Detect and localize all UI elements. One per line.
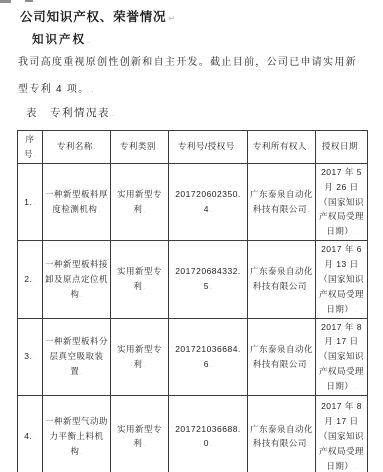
- cell-end-mark-icon: .: [143, 441, 145, 448]
- table-cell-owner: 广东泰泉自动化科技有限公司.: [248, 241, 316, 318]
- cell-end-mark-icon: .: [143, 207, 145, 214]
- table-cell-date: 2017 年 8 月 17 日（国家知识产权局受理日期）.: [316, 318, 368, 395]
- table-cell-no: 4..: [18, 395, 43, 472]
- table-cell-date: 2017 年 6 月 13 日（国家知识产权局受理日期）.: [316, 241, 368, 318]
- table-cell-type: 实用新型专利.: [111, 318, 169, 395]
- patent-table: 序号.专利名称.专利类别.专利号/授权号.专利所有权人.授权日期. 1..一种新…: [17, 130, 368, 472]
- table-header-row: 序号.专利名称.专利类别.专利号/授权号.专利所有权人.授权日期.: [18, 131, 368, 164]
- table-header-cell: 序号.: [18, 131, 43, 164]
- table-cell-name: 一种新型板料厚度检测机构.: [43, 163, 111, 240]
- table-cell-name: 一种新型板料分层真空吸取装置.: [43, 318, 111, 395]
- table-header-cell: 专利名称.: [43, 131, 111, 164]
- table-cell-type: 实用新型专利.: [111, 163, 169, 240]
- cell-end-mark-icon: .: [157, 144, 159, 151]
- cell-end-mark-icon: .: [33, 200, 35, 207]
- cell-end-mark-icon: .: [308, 207, 310, 214]
- table-header-cell: 专利类别.: [111, 131, 169, 164]
- table-cell-name: 一种新型板料接卸及原点定位机构.: [43, 241, 111, 318]
- cell-end-mark-icon: .: [354, 307, 356, 314]
- table-cell-date: 2017 年 5 月 26 日（国家知识产权局受理日期）.: [316, 163, 368, 240]
- table-cell-type: 实用新型专利.: [111, 241, 169, 318]
- table-cell-type: 实用新型专利.: [111, 395, 169, 472]
- table-cell-name: 一种新型气动助力平衡上料机构.: [43, 395, 111, 472]
- cell-end-mark-icon: .: [308, 284, 310, 291]
- scan-artifact: [0, 0, 11, 3]
- table-cell-owner: 广东泰泉自动化科技有限公司.: [248, 163, 316, 240]
- cell-end-mark-icon: .: [359, 144, 361, 151]
- table-header-cell: 专利所有权人.: [248, 131, 316, 164]
- cell-end-mark-icon: .: [308, 362, 310, 369]
- table-row: 1..一种新型板料厚度检测机构.实用新型专利.201720602350.4.广东…: [18, 163, 368, 240]
- table-caption: 表 专利情况表.: [26, 105, 114, 120]
- cell-end-mark-icon: .: [33, 277, 35, 284]
- table-cell-owner: 广东泰泉自动化科技有限公司.: [248, 318, 316, 395]
- cell-end-mark-icon: .: [354, 464, 356, 471]
- table-header-cell: 授权日期.: [316, 131, 368, 164]
- cell-end-mark-icon: .: [94, 144, 96, 151]
- table-row: 2..一种新型板料接卸及原点定位机构.实用新型专利.201720684332.5…: [18, 241, 368, 318]
- table-row: 4..一种新型气动助力平衡上料机构.实用新型专利.201721036688.0.…: [18, 395, 368, 472]
- cell-end-mark-icon: .: [143, 284, 145, 291]
- body-paragraph-line-1: 我司高度重视原创性创新和自主开发。截止目前，公司已申请实用新: [18, 53, 357, 68]
- cell-end-mark-icon: .: [308, 144, 310, 151]
- table-cell-no: 2..: [18, 241, 43, 318]
- section-heading-intellectual-property: 知识产权.: [32, 31, 90, 47]
- table-cell-date: 2017 年 8 月 17 日（国家知识产权局受理日期）.: [316, 395, 368, 472]
- cell-end-mark-icon: .: [354, 229, 356, 236]
- cell-end-mark-icon: .: [210, 441, 212, 448]
- table-cell-number: 201721036684.6.: [169, 318, 248, 395]
- table-cell-no: 1..: [18, 163, 43, 240]
- patent-table-body: 1..一种新型板料厚度检测机构.实用新型专利.201720602350.4.广东…: [18, 163, 368, 472]
- table-cell-number: 201721036688.0.: [169, 395, 248, 472]
- cell-end-mark-icon: .: [143, 362, 145, 369]
- table-cell-number: 201720602350.4.: [169, 163, 248, 240]
- cell-end-mark-icon: .: [236, 144, 238, 151]
- table-cell-owner: 广东泰泉自动化科技有限公司.: [248, 395, 316, 472]
- cell-end-mark-icon: .: [98, 207, 100, 214]
- body-paragraph-line-2: 型专利 4 项。.: [18, 80, 94, 95]
- cell-end-mark-icon: .: [354, 384, 356, 391]
- cell-end-mark-icon: .: [33, 434, 35, 441]
- cell-end-mark-icon: .: [210, 207, 212, 214]
- cell-end-mark-icon: .: [308, 441, 310, 448]
- cell-end-mark-icon: .: [80, 449, 82, 456]
- cell-end-mark-icon: .: [80, 292, 82, 299]
- cell-end-mark-icon: .: [33, 354, 35, 361]
- page-title: 公司知识产权、荣誉情况↵: [20, 7, 175, 25]
- cell-end-mark-icon: .: [210, 362, 212, 369]
- paragraph-mark-icon: .: [112, 109, 114, 118]
- scan-artifact: [25, 0, 33, 2]
- cell-end-mark-icon: .: [34, 152, 36, 159]
- table-header-cell: 专利号/授权号.: [169, 131, 248, 164]
- table-row: 3..一种新型板料分层真空吸取装置.实用新型专利.201721036684.6.…: [18, 318, 368, 395]
- paragraph-mark-icon: .: [88, 36, 90, 45]
- cell-end-mark-icon: .: [80, 369, 82, 376]
- patent-table-header: 序号.专利名称.专利类别.专利号/授权号.专利所有权人.授权日期.: [18, 131, 368, 164]
- table-cell-no: 3..: [18, 318, 43, 395]
- paragraph-mark-icon: ↵: [168, 14, 175, 23]
- paragraph-mark-icon: .: [92, 85, 94, 94]
- table-cell-number: 201720684332.5.: [169, 241, 248, 318]
- cell-end-mark-icon: .: [210, 284, 212, 291]
